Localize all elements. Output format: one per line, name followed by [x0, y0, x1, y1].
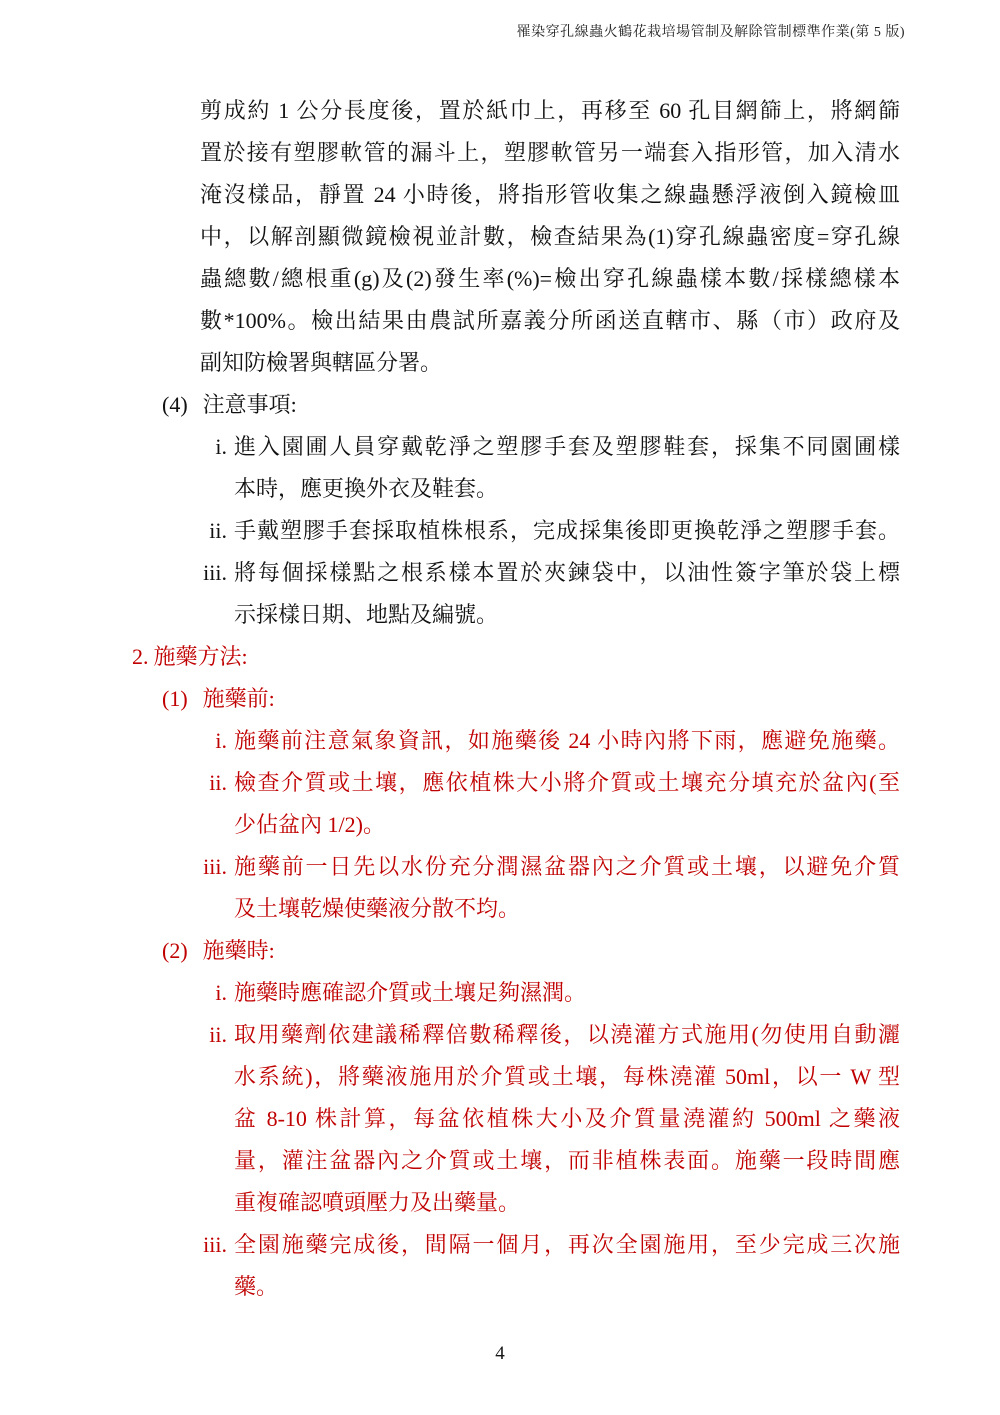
list-item-marker: iii.	[188, 1224, 234, 1266]
paragraph-line: 蟲總數/總根重(g)及(2)發生率(%)=檢出穿孔線蟲樣本數/採樣總樣本	[200, 258, 900, 300]
list-item-marker: ii.	[188, 762, 234, 804]
list-item: i. 施藥時應確認介質或土壤足夠濕潤。	[188, 972, 900, 1014]
subsection-heading-before: (1)施藥前:	[162, 678, 1000, 720]
document-page: 罹染穿孔線蟲火鶴花栽培場管制及解除管制標準作業(第 5 版) 剪成約 1 公分長…	[0, 0, 1000, 1415]
list-item-text: 全園施藥完成後，間隔一個月，再次全園施用，至少完成三次施	[234, 1224, 900, 1266]
list-item-text: 取用藥劑依建議稀釋倍數稀釋後，以澆灌方式施用(勿使用自動灑	[234, 1014, 900, 1056]
list-item: iii. 將每個採樣點之根系樣本置於夾鍊袋中，以油性簽字筆於袋上標	[188, 552, 900, 594]
section-heading-note: (4)注意事項:	[162, 384, 1000, 426]
section-title: 施藥方法:	[154, 644, 248, 669]
list-item-marker: iii.	[188, 846, 234, 888]
section-title: 施藥前:	[203, 686, 275, 711]
list-item-marker: iii.	[188, 552, 234, 594]
list-item-marker: ii.	[188, 1014, 234, 1056]
list-item-continuation: 示採樣日期、地點及編號。	[234, 594, 900, 636]
paragraph-line: 剪成約 1 公分長度後，置於紙巾上，再移至 60 孔目網篩上，將網篩	[200, 90, 900, 132]
list-item-continuation: 藥。	[234, 1266, 900, 1308]
section-marker: (4)	[162, 392, 188, 417]
list-item-text: 進入園圃人員穿戴乾淨之塑膠手套及塑膠鞋套，採集不同園圃樣	[234, 426, 900, 468]
list-item-continuation: 及土壤乾燥使藥液分散不均。	[234, 888, 900, 930]
list-item: ii. 手戴塑膠手套採取植株根系，完成採集後即更換乾淨之塑膠手套。	[188, 510, 900, 552]
list-item: i. 施藥前注意氣象資訊，如施藥後 24 小時內將下雨，應避免施藥。	[188, 720, 900, 762]
document-body: 剪成約 1 公分長度後，置於紙巾上，再移至 60 孔目網篩上，將網篩 置於接有塑…	[0, 90, 1000, 1308]
list-item-marker: i.	[188, 972, 234, 1014]
paragraph-line: 數*100%。檢出結果由農試所嘉義分所函送直轄市、縣（市）政府及	[200, 300, 900, 342]
section-title: 注意事項:	[203, 392, 297, 417]
list-item: ii. 取用藥劑依建議稀釋倍數稀釋後，以澆灌方式施用(勿使用自動灑	[188, 1014, 900, 1056]
page-number: 4	[0, 1341, 1000, 1367]
list-item-text: 手戴塑膠手套採取植株根系，完成採集後即更換乾淨之塑膠手套。	[234, 510, 900, 552]
paragraph-line: 中，以解剖顯微鏡檢視並計數，檢查結果為(1)穿孔線蟲密度=穿孔線	[200, 216, 900, 258]
paragraph-line: 副知防檢署與轄區分署。	[200, 342, 900, 384]
list-item-continuation: 量，灌注盆器內之介質或土壤，而非植株表面。施藥一段時間應	[234, 1140, 900, 1182]
list-item-continuation: 本時，應更換外衣及鞋套。	[234, 468, 900, 510]
list-item-continuation: 水系統)，將藥液施用於介質或土壤，每株澆灌 50ml，以一 W 型	[234, 1056, 900, 1098]
list-item: ii. 檢查介質或土壤，應依植株大小將介質或土壤充分填充於盆內(至	[188, 762, 900, 804]
list-item-text: 施藥時應確認介質或土壤足夠濕潤。	[234, 972, 900, 1014]
section-marker: 2.	[132, 644, 149, 669]
list-item-marker: i.	[188, 426, 234, 468]
section-title: 施藥時:	[203, 938, 275, 963]
list-item-text: 將每個採樣點之根系樣本置於夾鍊袋中，以油性簽字筆於袋上標	[234, 552, 900, 594]
list-item: iii. 施藥前一日先以水份充分潤濕盆器內之介質或土壤，以避免介質	[188, 846, 900, 888]
subsection-heading-during: (2)施藥時:	[162, 930, 1000, 972]
list-item-continuation: 盆 8-10 株計算，每盆依植株大小及介質量澆灌約 500ml 之藥液	[234, 1098, 900, 1140]
list-item-marker: i.	[188, 720, 234, 762]
list-item: i. 進入園圃人員穿戴乾淨之塑膠手套及塑膠鞋套，採集不同園圃樣	[188, 426, 900, 468]
list-item-continuation: 重複確認噴頭壓力及出藥量。	[234, 1182, 900, 1224]
section-heading-application: 2.施藥方法:	[132, 636, 1000, 678]
list-item-text: 施藥前一日先以水份充分潤濕盆器內之介質或土壤，以避免介質	[234, 846, 900, 888]
list-item-text: 檢查介質或土壤，應依植株大小將介質或土壤充分填充於盆內(至	[234, 762, 900, 804]
list-item-continuation: 少佔盆內 1/2)。	[234, 804, 900, 846]
paragraph-line: 置於接有塑膠軟管的漏斗上，塑膠軟管另一端套入指形管，加入清水	[200, 132, 900, 174]
section-marker: (2)	[162, 938, 188, 963]
list-item: iii. 全園施藥完成後，間隔一個月，再次全園施用，至少完成三次施	[188, 1224, 900, 1266]
section-marker: (1)	[162, 686, 188, 711]
document-header-title: 罹染穿孔線蟲火鶴花栽培場管制及解除管制標準作業(第 5 版)	[517, 21, 905, 41]
list-item-marker: ii.	[188, 510, 234, 552]
paragraph-line: 淹沒樣品，靜置 24 小時後，將指形管收集之線蟲懸浮液倒入鏡檢皿	[200, 174, 900, 216]
list-item-text: 施藥前注意氣象資訊，如施藥後 24 小時內將下雨，應避免施藥。	[234, 720, 900, 762]
